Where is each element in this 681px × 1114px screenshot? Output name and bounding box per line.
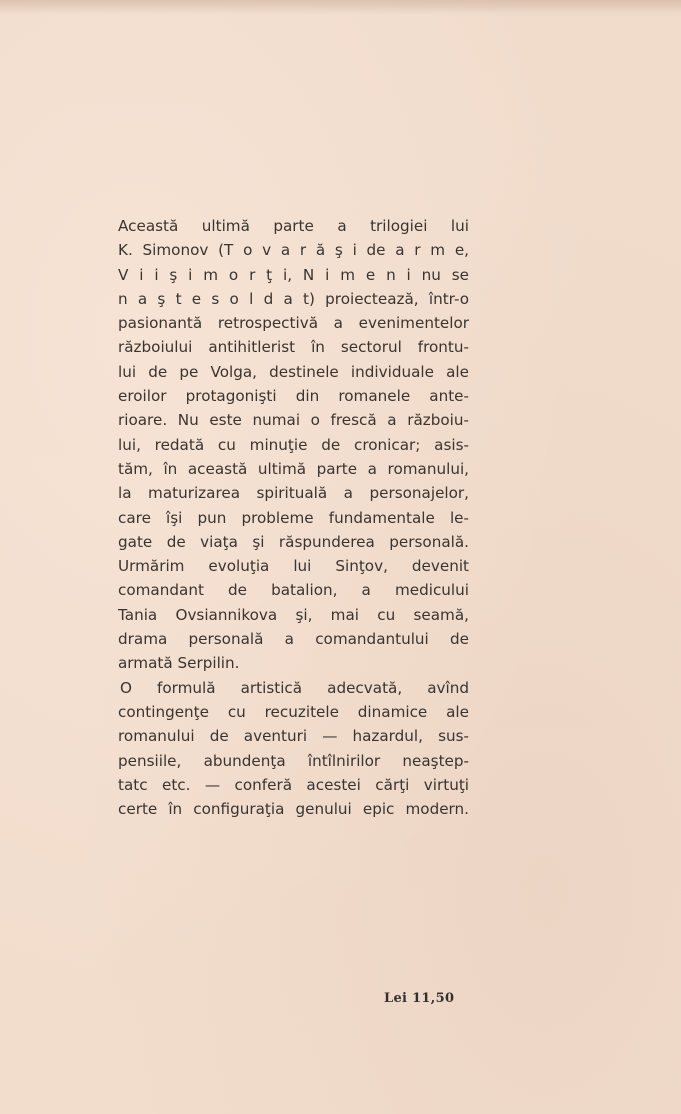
blurb-line: contingenţe cu recuzitele dinamice ale [118, 700, 469, 724]
book-back-cover: Această ultimă parte a trilogiei lui K. … [0, 0, 681, 1114]
blurb-line: Această ultimă parte a trilogiei lui [118, 214, 469, 238]
blurb-line: gate de viaţa şi răspunderea personală. [118, 530, 469, 554]
blurb-line: Urmărim evoluţia lui Sinţov, devenit [118, 554, 469, 578]
blurb-line: rioare. Nu este numai o frescă a războiu… [118, 408, 469, 432]
blurb-line: drama personală a comandantului de [118, 627, 469, 651]
blurb-line: lui de pe Volga, destinele individuale a… [118, 360, 469, 384]
blurb-line: care îşi pun probleme fundamentale le- [118, 506, 469, 530]
blurb-line: la maturizarea spirituală a personajelor… [118, 481, 469, 505]
blurb-line: certe în configuraţia genului epic moder… [118, 797, 469, 821]
blurb-line: Tania Ovsiannikova şi, mai cu seamă, [118, 603, 469, 627]
blurb-line: n a ş t e s o l d a t) proiectează, într… [118, 287, 469, 311]
blurb-line: lui, redată cu minuţie de cronicar; asis… [118, 433, 469, 457]
blurb-line: eroilor protagonişti din romanele ante- [118, 384, 469, 408]
blurb-line: K. Simonov (T o v a r ă ş i de a r m e, [118, 238, 469, 262]
price-label: Lei 11,50 [384, 991, 454, 1006]
blurb-line: O formulă artistică adecvată, avînd [118, 676, 469, 700]
blurb-line: comandant de batalion, a medicului [118, 578, 469, 602]
blurb-line: tăm, în această ultimă parte a romanului… [118, 457, 469, 481]
blurb-line: tatc etc. — conferă acestei cărţi virtuţ… [118, 773, 469, 797]
blurb-line: V i i ş i m o r ţ i, N i m e n i nu se [118, 263, 469, 287]
blurb-line: romanului de aventuri — hazardul, sus- [118, 724, 469, 748]
blurb-line: pensiile, abundenţa întîlnirilor neaştep… [118, 749, 469, 773]
blurb-text: Această ultimă parte a trilogiei lui K. … [118, 214, 469, 821]
page-top-crease [0, 0, 681, 14]
blurb-line: războiului antihitlerist în sectorul fro… [118, 335, 469, 359]
blurb-line: pasionantă retrospectivă a evenimentelor [118, 311, 469, 335]
blurb-line: armată Serpilin. [118, 651, 469, 675]
